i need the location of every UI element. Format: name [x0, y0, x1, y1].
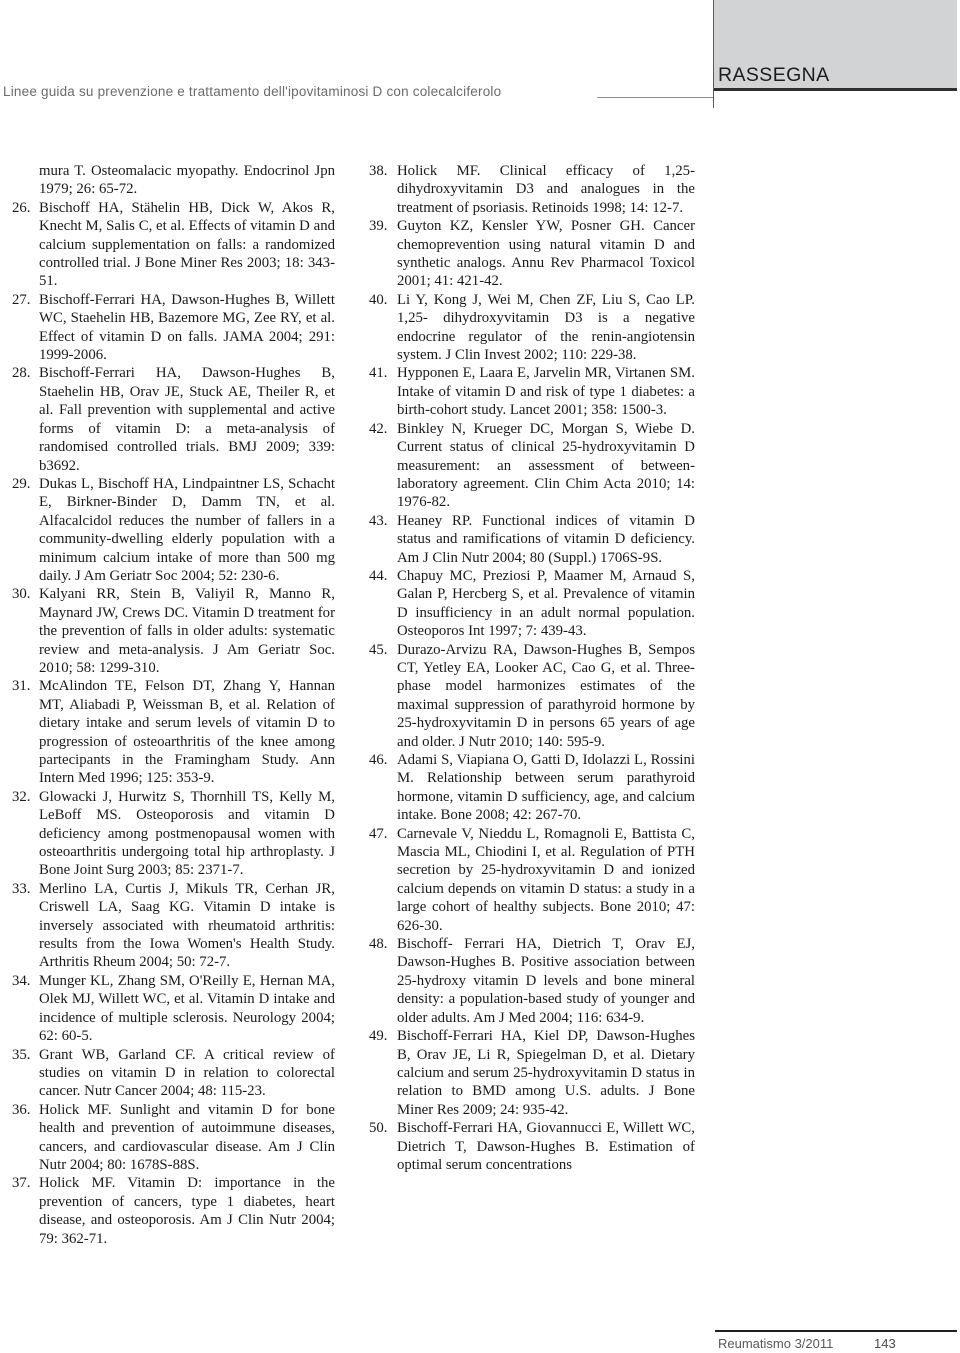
reference-item: 43. Heaney RP. Functional indices of vit… — [369, 512, 695, 567]
reference-text: Chapuy MC, Preziosi P, Maamer M, Arnaud … — [397, 568, 695, 639]
reference-text: McAlindon TE, Felson DT, Zhang Y, Hannan… — [39, 678, 335, 786]
reference-number: 31. — [12, 677, 31, 695]
reference-number: 49. — [369, 1027, 388, 1045]
reference-number: 38. — [369, 162, 388, 180]
reference-item: 48. Bischoff- Ferrari HA, Dietrich T, Or… — [369, 935, 695, 1027]
reference-text: Bischoff-Ferrari HA, Dawson-Hughes B, Wi… — [39, 292, 335, 363]
footer-rule-line — [715, 1330, 957, 1332]
reference-text: Guyton KZ, Kensler YW, Posner GH. Cancer… — [397, 218, 695, 289]
reference-text: Dukas L, Bischoff HA, Lindpaintner LS, S… — [39, 476, 335, 584]
reference-number: 36. — [12, 1101, 31, 1119]
reference-text: Holick MF. Clinical efficacy of 1,25- di… — [397, 163, 695, 216]
journal-page: Linee guida su prevenzione e trattamento… — [0, 0, 960, 1353]
reference-text: Merlino LA, Curtis J, Mikuls TR, Cerhan … — [39, 881, 335, 971]
reference-number: 45. — [369, 641, 388, 659]
reference-text: Bischoff-Ferrari HA, Dawson-Hughes B, St… — [39, 365, 335, 473]
reference-number: 41. — [369, 364, 388, 382]
references-column-left: mura T. Osteomalacic myopathy. Endocrino… — [12, 162, 335, 1248]
reference-text: Durazo-Arvizu RA, Dawson-Hughes B, Sempo… — [397, 642, 695, 750]
footer-page-number: 143 — [874, 1336, 896, 1351]
reference-text: Glowacki J, Hurwitz S, Thornhill TS, Kel… — [39, 789, 335, 879]
title-rule-line — [597, 97, 713, 98]
section-badge-box: RASSEGNA — [714, 0, 957, 91]
reference-number: 32. — [12, 788, 31, 806]
reference-text: Bischoff HA, Stähelin HB, Dick W, Akos R… — [39, 200, 335, 290]
reference-item: 46. Adami S, Viapiana O, Gatti D, Idolaz… — [369, 751, 695, 825]
reference-item: 41. Hypponen E, Laara E, Jarvelin MR, Vi… — [369, 364, 695, 419]
references-column-right: 38. Holick MF. Clinical efficacy of 1,25… — [369, 162, 695, 1174]
reference-text: Adami S, Viapiana O, Gatti D, Idolazzi L… — [397, 752, 695, 823]
reference-number: 40. — [369, 291, 388, 309]
reference-item: 37. Holick MF. Vitamin D: importance in … — [12, 1174, 335, 1248]
reference-item: 31. McAlindon TE, Felson DT, Zhang Y, Ha… — [12, 677, 335, 787]
reference-text: Hypponen E, Laara E, Jarvelin MR, Virtan… — [397, 365, 695, 418]
reference-text: Bischoff- Ferrari HA, Dietrich T, Orav E… — [397, 936, 695, 1026]
reference-item: 50. Bischoff-Ferrari HA, Giovannucci E, … — [369, 1119, 695, 1174]
reference-text: Li Y, Kong J, Wei M, Chen ZF, Liu S, Cao… — [397, 292, 695, 363]
reference-item: 33. Merlino LA, Curtis J, Mikuls TR, Cer… — [12, 880, 335, 972]
reference-number: 46. — [369, 751, 388, 769]
reference-item: 35. Grant WB, Garland CF. A critical rev… — [12, 1046, 335, 1101]
reference-text: Kalyani RR, Stein B, Valiyil R, Manno R,… — [39, 586, 335, 676]
reference-item: 29. Dukas L, Bischoff HA, Lindpaintner L… — [12, 475, 335, 585]
footer-journal-issue: Reumatismo 3/2011 — [718, 1336, 833, 1351]
reference-text: Bischoff-Ferrari HA, Giovannucci E, Will… — [397, 1120, 695, 1173]
reference-number: 37. — [12, 1174, 31, 1192]
reference-number: 35. — [12, 1046, 31, 1064]
reference-number: 48. — [369, 935, 388, 953]
reference-item: 44. Chapuy MC, Preziosi P, Maamer M, Arn… — [369, 567, 695, 641]
reference-text: Holick MF. Vitamin D: importance in the … — [39, 1175, 335, 1246]
reference-item: 42. Binkley N, Krueger DC, Morgan S, Wie… — [369, 420, 695, 512]
running-title: Linee guida su prevenzione e trattamento… — [3, 84, 501, 99]
reference-item: 40. Li Y, Kong J, Wei M, Chen ZF, Liu S,… — [369, 291, 695, 365]
reference-text: Grant WB, Garland CF. A critical review … — [39, 1047, 335, 1100]
reference-item: 28. Bischoff-Ferrari HA, Dawson-Hughes B… — [12, 364, 335, 474]
reference-item: mura T. Osteomalacic myopathy. Endocrino… — [12, 162, 335, 199]
reference-number: 44. — [369, 567, 388, 585]
reference-text: Bischoff-Ferrari HA, Kiel DP, Dawson-Hug… — [397, 1028, 695, 1118]
reference-item: 38. Holick MF. Clinical efficacy of 1,25… — [369, 162, 695, 217]
reference-text: Carnevale V, Nieddu L, Romagnoli E, Batt… — [397, 826, 695, 934]
reference-item: 26. Bischoff HA, Stähelin HB, Dick W, Ak… — [12, 199, 335, 291]
reference-number: 47. — [369, 825, 388, 843]
reference-text: Binkley N, Krueger DC, Morgan S, Wiebe D… — [397, 421, 695, 511]
reference-number: 30. — [12, 585, 31, 603]
reference-text: Holick MF. Sunlight and vitamin D for bo… — [39, 1102, 335, 1173]
reference-text: Heaney RP. Functional indices of vitamin… — [397, 513, 695, 566]
reference-item: 34. Munger KL, Zhang SM, O'Reilly E, Her… — [12, 972, 335, 1046]
reference-number: 42. — [369, 420, 388, 438]
reference-number: 27. — [12, 291, 31, 309]
reference-item: 49. Bischoff-Ferrari HA, Kiel DP, Dawson… — [369, 1027, 695, 1119]
reference-item: 45. Durazo-Arvizu RA, Dawson-Hughes B, S… — [369, 641, 695, 751]
reference-number: 33. — [12, 880, 31, 898]
reference-item: 32. Glowacki J, Hurwitz S, Thornhill TS,… — [12, 788, 335, 880]
reference-item: 30. Kalyani RR, Stein B, Valiyil R, Mann… — [12, 585, 335, 677]
reference-text: mura T. Osteomalacic myopathy. Endocrino… — [39, 163, 335, 197]
reference-item: 39. Guyton KZ, Kensler YW, Posner GH. Ca… — [369, 217, 695, 291]
reference-number: 39. — [369, 217, 388, 235]
reference-number: 29. — [12, 475, 31, 493]
reference-item: 47. Carnevale V, Nieddu L, Romagnoli E, … — [369, 825, 695, 935]
reference-number: 43. — [369, 512, 388, 530]
reference-item: 27. Bischoff-Ferrari HA, Dawson-Hughes B… — [12, 291, 335, 365]
reference-number: 28. — [12, 364, 31, 382]
reference-number: 50. — [369, 1119, 388, 1137]
reference-text: Munger KL, Zhang SM, O'Reilly E, Hernan … — [39, 973, 335, 1044]
reference-number: 26. — [12, 199, 31, 217]
reference-item: 36. Holick MF. Sunlight and vitamin D fo… — [12, 1101, 335, 1175]
section-badge-label: RASSEGNA — [718, 64, 830, 87]
reference-number: 34. — [12, 972, 31, 990]
